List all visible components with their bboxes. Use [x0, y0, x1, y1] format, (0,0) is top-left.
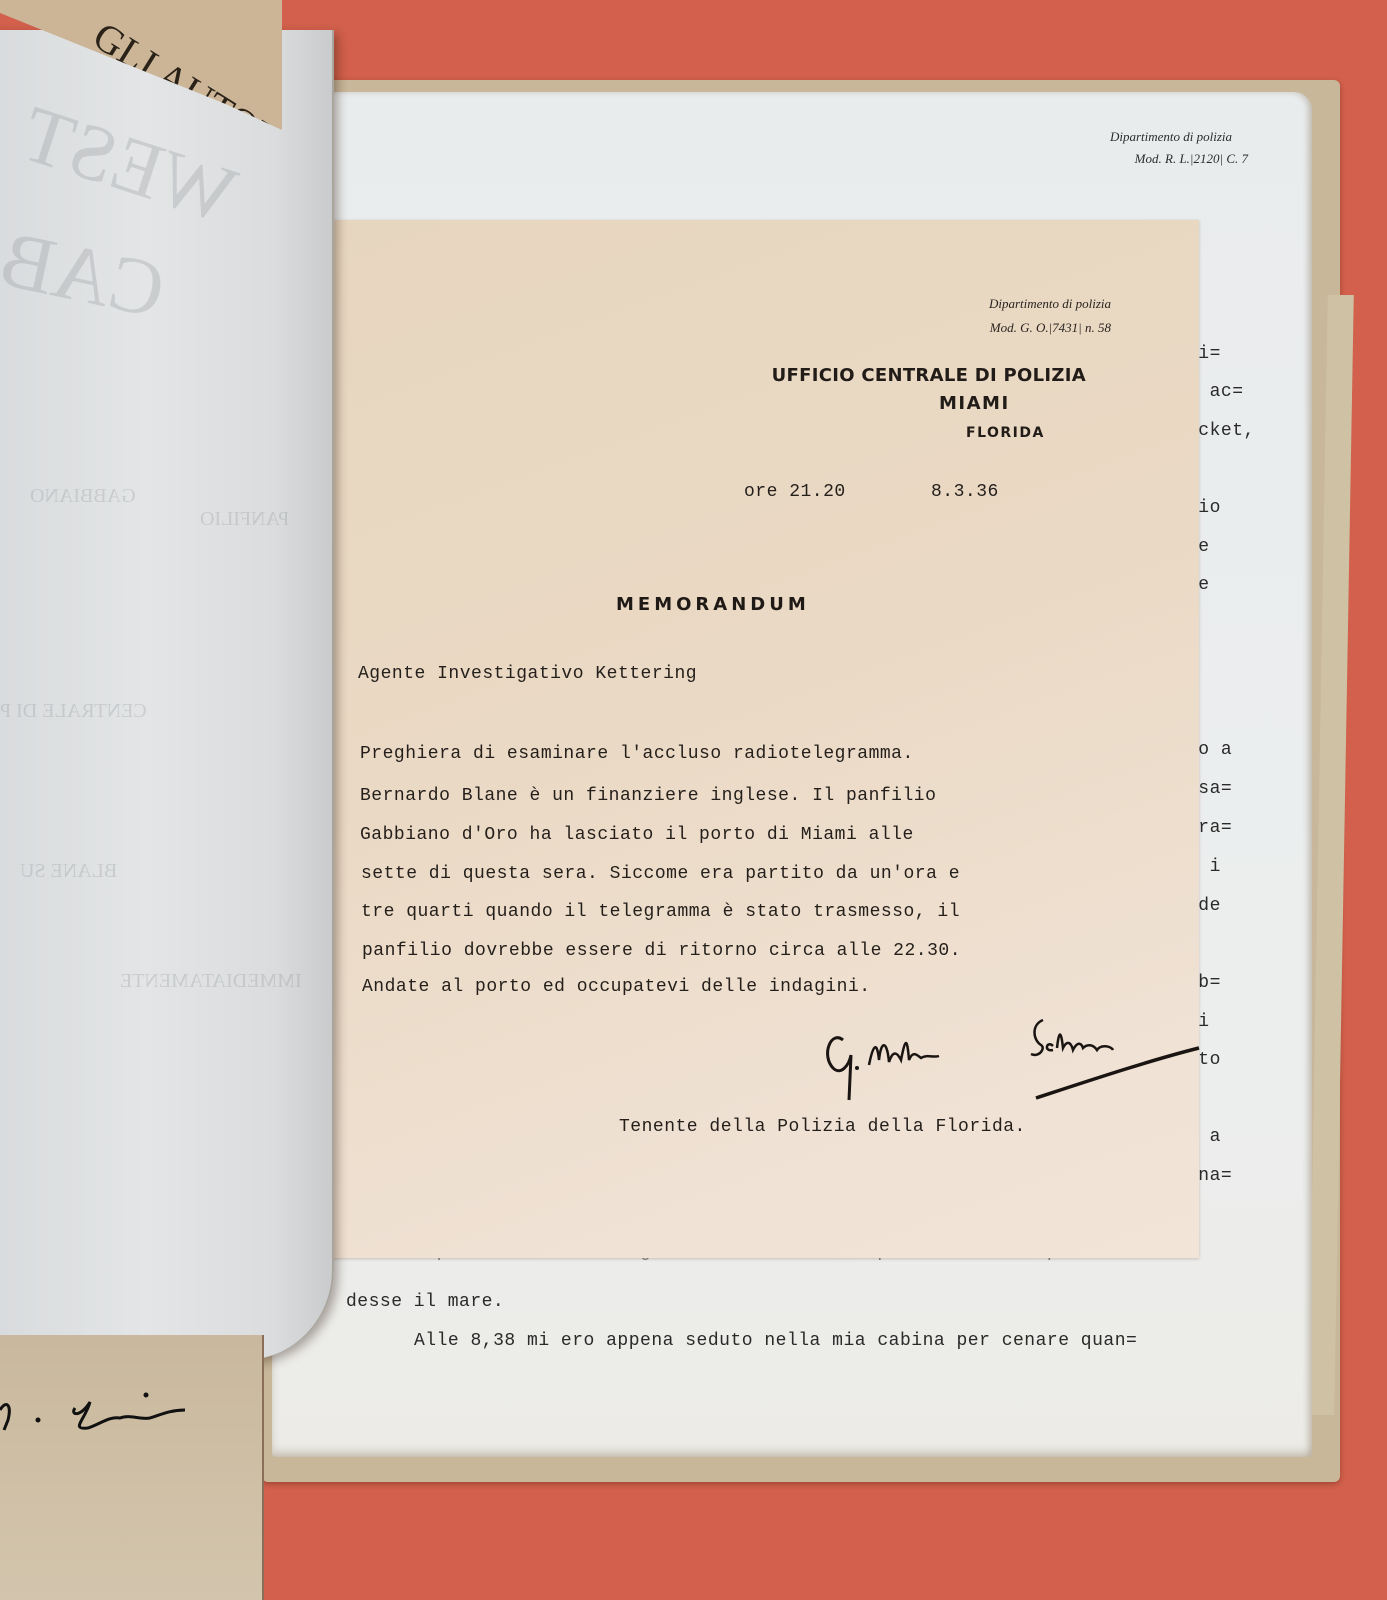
memo-body-line: Bernardo Blane è un finanziere inglese. … — [360, 786, 936, 806]
memo-body-line: panfilio dovrebbe essere di ritorno circ… — [362, 941, 961, 961]
office-state: FLORIDA — [966, 425, 1045, 441]
ghost-text: GABBIANO — [30, 485, 136, 508]
signature-icon — [821, 1010, 1201, 1110]
curled-telegram-page: WEST CAB GABBIANO PANFILIO CENTRALE DI P… — [0, 30, 334, 1360]
tab-signature-icon — [0, 1380, 200, 1440]
ghost-text: IMMEDIATAMENTE — [120, 970, 302, 993]
ghost-text: WEST — [11, 89, 246, 243]
bottom-binding-tab — [0, 1335, 264, 1600]
memorandum-card: Dipartimento di polizia Mod. G. O.|7431|… — [306, 220, 1199, 1258]
ghost-text: BLANE SU — [20, 860, 117, 883]
memo-title: MEMORANDUM — [616, 594, 810, 615]
memo-signoff: Tenente della Polizia della Florida. — [619, 1117, 1026, 1137]
page-form-code: Mod. R. L.|2120| C. 7 — [1110, 148, 1248, 170]
memo-date: 8.3.36 — [931, 482, 999, 502]
ghost-text: PANFILIO — [200, 508, 289, 531]
memo-department: Dipartimento di polizia — [901, 292, 1111, 316]
report-line: Alle 8,38 mi ero appena seduto nella mia… — [414, 1331, 1137, 1351]
office-city: MIAMI — [939, 393, 1010, 414]
office-name: UFFICIO CENTRALE DI POLIZIA — [772, 365, 1086, 386]
page-department: Dipartimento di polizia — [1110, 126, 1232, 148]
memo-body-line: sette di questa sera. Siccome era partit… — [361, 864, 960, 884]
ghost-text: CAB — [0, 214, 172, 337]
ghost-text: CENTRALE DI P — [0, 700, 147, 723]
memo-time: ore 21.20 — [744, 482, 846, 502]
memo-body-line: tre quarti quando il telegramma è stato … — [361, 902, 960, 922]
memo-header: Dipartimento di polizia Mod. G. O.|7431|… — [901, 292, 1111, 340]
memo-body-line: Preghiera di esaminare l'accluso radiote… — [360, 744, 914, 764]
page-header: Dipartimento di polizia Mod. R. L.|2120|… — [1110, 126, 1232, 170]
memo-addressee: Agente Investigativo Kettering — [358, 664, 697, 684]
memo-form-code: Mod. G. O.|7431| n. 58 — [901, 316, 1111, 340]
memo-body-line: Andate al porto ed occupatevi delle inda… — [362, 977, 871, 997]
memo-body-line: Gabbiano d'Oro ha lasciato il porto di M… — [360, 825, 914, 845]
report-line: desse il mare. — [346, 1292, 504, 1312]
